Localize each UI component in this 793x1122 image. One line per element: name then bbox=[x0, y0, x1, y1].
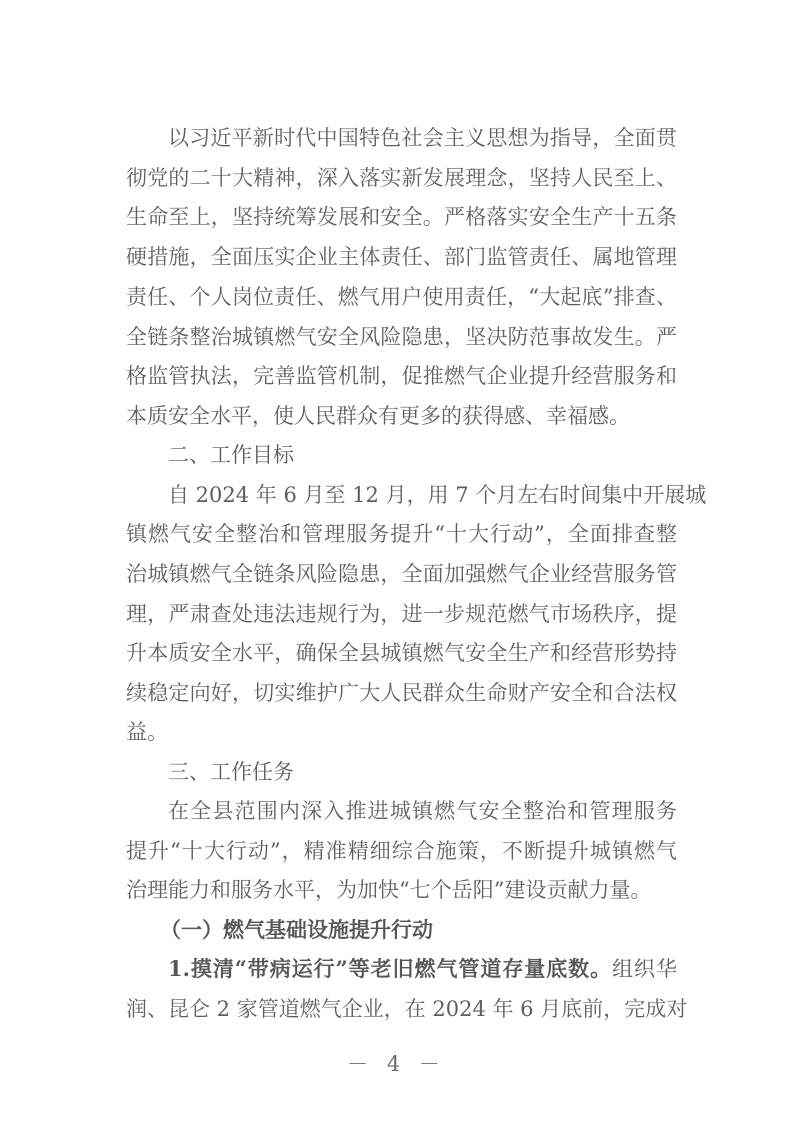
body-text-line: 治城镇燃气全链条风险隐患，全面加强燃气企业经营服务管 bbox=[126, 559, 677, 589]
body-text-line: 润、昆仑 2 家管道燃气企业，在 2024 年 6 月底前，完成对 bbox=[126, 994, 677, 1024]
page-number: － 4 － bbox=[0, 1048, 793, 1078]
item-1-line: 1.摸清“带病运行”等老旧燃气管道存量底数。组织华 bbox=[168, 954, 677, 984]
body-text-line: 镇燃气安全整治和管理服务提升“十大行动”，全面排查整 bbox=[126, 519, 677, 549]
body-text-line: 责任、个人岗位责任、燃气用户使用责任，“大起底”排查、 bbox=[126, 282, 677, 312]
body-text-line: 自 2024 年 6 月至 12 月，用 7 个月左右时间集中开展城 bbox=[168, 480, 677, 510]
body-text-line: 全链条整治城镇燃气安全风险隐患，坚决防范事故发生。严 bbox=[126, 322, 677, 352]
body-text-line: 升本质安全水平，确保全县城镇燃气安全生产和经营形势持 bbox=[126, 638, 677, 668]
body-text-line: 治理能力和服务水平，为加快“七个岳阳”建设贡献力量。 bbox=[126, 875, 677, 905]
body-text-line: 硬措施，全面压实企业主体责任、部门监管责任、属地管理 bbox=[126, 242, 677, 272]
body-text-line: 提升“十大行动”，精准精细综合施策，不断提升城镇燃气 bbox=[126, 836, 677, 866]
section-heading-work-goals: 二、工作目标 bbox=[168, 440, 677, 470]
body-text-line: 生命至上，坚持统筹发展和安全。严格落实安全生产十五条 bbox=[126, 202, 677, 232]
item-1-text: 组织华 bbox=[612, 957, 677, 981]
body-text-line: 益。 bbox=[126, 717, 677, 747]
item-1-lead-sentence: 1.摸清“带病运行”等老旧燃气管道存量底数。 bbox=[168, 956, 612, 981]
document-page: 以习近平新时代中国特色社会主义思想为指导，全面贯 彻党的二十大精神，深入落实新发… bbox=[0, 0, 793, 1122]
body-text-line: 理，严肃查处违法违规行为，进一步规范燃气市场秩序，提 bbox=[126, 599, 677, 629]
body-text-line: 格监管执法，完善监管机制，促推燃气企业提升经营服务和 bbox=[126, 361, 677, 391]
body-text-line: 彻党的二十大精神，深入落实新发展理念，坚持人民至上、 bbox=[126, 163, 677, 193]
section-heading-work-tasks: 三、工作任务 bbox=[168, 757, 677, 787]
body-text-line: 续稳定向好，切实维护广大人民群众生命财产安全和合法权 bbox=[126, 678, 677, 708]
body-text-line: 在全县范围内深入推进城镇燃气安全整治和管理服务 bbox=[168, 796, 677, 826]
body-text-line: 本质安全水平，使人民群众有更多的获得感、幸福感。 bbox=[126, 401, 677, 431]
subsection-heading-infrastructure: （一）燃气基础设施提升行动 bbox=[160, 915, 711, 945]
body-text-line: 以习近平新时代中国特色社会主义思想为指导，全面贯 bbox=[168, 123, 677, 153]
